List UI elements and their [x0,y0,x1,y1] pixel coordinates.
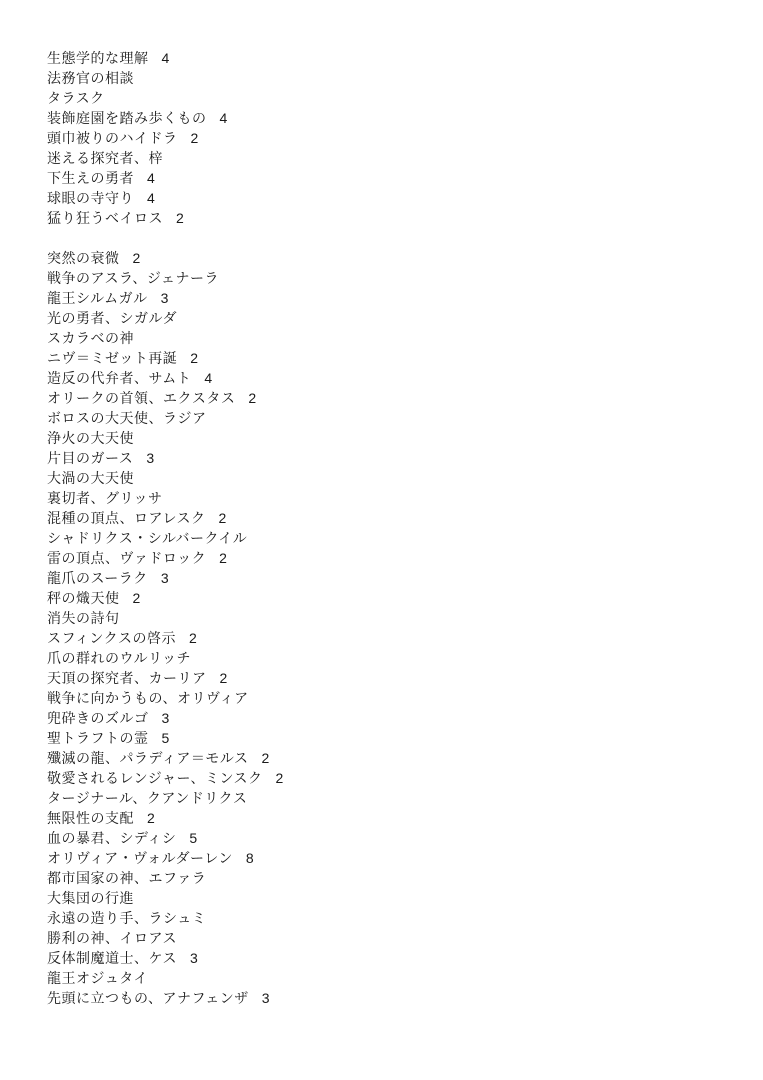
card-count: 4 [204,370,212,386]
card-count: 4 [220,110,228,126]
card-name: 法務官の相談 [47,70,134,86]
list-item: 秤の熾天使2 [47,588,743,608]
list-item: ニヴ＝ミゼット再誕2 [47,348,743,368]
card-count: 2 [133,590,141,606]
list-item: 爪の群れのウルリッチ [47,648,743,668]
list-item: スカラベの神 [47,328,743,348]
list-item: 戦争に向かうもの、オリヴィア [47,688,743,708]
card-count: 2 [176,210,184,226]
list-item: スフィンクスの啓示2 [47,628,743,648]
card-name: 下生えの勇者 [47,170,134,186]
card-count: 4 [162,50,170,66]
card-name: 殲滅の龍、パラディア＝モルス [47,750,248,766]
card-name: オリークの首領、エクスタス [47,390,235,406]
card-name: 突然の衰微 [47,250,120,266]
card-count: 3 [162,710,170,726]
list-item: 消失の詩句 [47,608,743,628]
list-item: 兜砕きのズルゴ3 [47,708,743,728]
list-item: 頭巾被りのハイドラ2 [47,128,743,148]
card-name: タラスク [47,90,105,106]
card-name: 裏切者、グリッサ [47,490,162,506]
card-list: 生態学的な理解4法務官の相談タラスク装飾庭園を踏み歩くもの4頭巾被りのハイドラ2… [47,48,743,1008]
card-name: 頭巾被りのハイドラ [47,130,178,146]
card-name: 迷える探究者、梓 [47,150,163,166]
card-name: 装飾庭園を踏み歩くもの [47,110,207,126]
list-item: 雷の頂点、ヴァドロック2 [47,548,743,568]
card-count: 4 [147,190,155,206]
card-name: 球眼の寺守り [47,190,134,206]
card-count: 2 [220,670,228,686]
card-name: 龍爪のスーラク [47,570,148,586]
list-item: 浄火の大天使 [47,428,743,448]
card-name: 血の暴君、シディシ [47,830,176,846]
list-item: オリークの首領、エクスタス2 [47,388,743,408]
card-name: 消失の詩句 [47,610,120,626]
card-count: 5 [162,730,170,746]
list-item: シャドリクス・シルバークイル [47,528,743,548]
list-item: 聖トラフトの霊5 [47,728,743,748]
card-name: 敬愛されるレンジャー、ミンスク [47,770,263,786]
list-item: 永遠の造り手、ラシュミ [47,908,743,928]
list-item: 混種の頂点、ロアレスク2 [47,508,743,528]
list-item: 球眼の寺守り4 [47,188,743,208]
list-item: 迷える探究者、梓 [47,148,743,168]
card-name: 大渦の大天使 [47,470,134,486]
list-item: タージナール、クアンドリクス [47,788,743,808]
list-item: 龍王オジュタイ [47,968,743,988]
list-item: 天頂の探究者、カーリア2 [47,668,743,688]
card-name: 片目のガース [47,450,133,466]
list-item: 法務官の相談 [47,68,743,88]
list-item: タラスク [47,88,743,108]
card-name: 造反の代弁者、サムト [47,370,191,386]
card-count: 3 [146,450,154,466]
card-count: 3 [161,290,169,306]
card-name: 兜砕きのズルゴ [47,710,149,726]
list-item: 大渦の大天使 [47,468,743,488]
list-item: 猛り狂うベイロス2 [47,208,743,228]
card-name: 龍王シルムガル [47,290,148,306]
card-name: 生態学的な理解 [47,50,149,66]
list-item: 龍王シルムガル3 [47,288,743,308]
card-name: 都市国家の神、エファラ [47,870,206,886]
card-group: 生態学的な理解4法務官の相談タラスク装飾庭園を踏み歩くもの4頭巾被りのハイドラ2… [47,48,743,228]
card-name: 猛り狂うベイロス [47,210,163,226]
list-item: 無限性の支配2 [47,808,743,828]
list-item: 先頭に立つもの、アナフェンザ3 [47,988,743,1008]
list-item: 戦争のアスラ、ジェナーラ [47,268,743,288]
list-item: 光の勇者、シガルダ [47,308,743,328]
card-count: 2 [133,250,141,266]
card-count: 3 [262,990,270,1006]
card-name: スカラベの神 [47,330,134,346]
card-name: タージナール、クアンドリクス [47,790,247,806]
list-item: 造反の代弁者、サムト4 [47,368,743,388]
card-name: 戦争に向かうもの、オリヴィア [47,690,249,706]
card-name: ボロスの大天使、ラジア [47,410,207,426]
list-item: 突然の衰微2 [47,248,743,268]
card-count: 3 [190,950,198,966]
list-item: 裏切者、グリッサ [47,488,743,508]
card-name: シャドリクス・シルバークイル [47,530,247,546]
card-name: 爪の群れのウルリッチ [47,650,191,666]
card-count: 2 [219,510,227,526]
list-item: 血の暴君、シディシ5 [47,828,743,848]
list-item: オリヴィア・ヴォルダーレン8 [47,848,743,868]
card-count: 2 [189,630,197,646]
card-count: 2 [276,770,284,786]
list-item: 反体制魔道士、ケス3 [47,948,743,968]
list-item: 生態学的な理解4 [47,48,743,68]
card-name: 先頭に立つもの、アナフェンザ [47,990,249,1006]
list-item: 殲滅の龍、パラディア＝モルス2 [47,748,743,768]
card-group: 突然の衰微2戦争のアスラ、ジェナーラ龍王シルムガル3光の勇者、シガルダスカラベの… [47,248,743,1008]
list-item: ボロスの大天使、ラジア [47,408,743,428]
card-name: 龍王オジュタイ [47,970,148,986]
list-item: 片目のガース3 [47,448,743,468]
card-count: 4 [147,170,155,186]
list-item: 下生えの勇者4 [47,168,743,188]
card-name: オリヴィア・ヴォルダーレン [47,850,233,866]
card-name: ニヴ＝ミゼット再誕 [47,350,177,366]
card-name: 反体制魔道士、ケス [47,950,177,966]
card-name: 秤の熾天使 [47,590,120,606]
card-name: 大集団の行進 [47,890,134,906]
list-item: 敬愛されるレンジャー、ミンスク2 [47,768,743,788]
card-count: 2 [191,130,199,146]
list-item: 都市国家の神、エファラ [47,868,743,888]
list-item: 勝利の神、イロアス [47,928,743,948]
list-item: 龍爪のスーラク3 [47,568,743,588]
card-name: 戦争のアスラ、ジェナーラ [47,270,219,286]
card-name: 混種の頂点、ロアレスク [47,510,206,526]
card-name: 浄火の大天使 [47,430,134,446]
card-count: 2 [147,810,155,826]
list-item: 大集団の行進 [47,888,743,908]
card-name: 雷の頂点、ヴァドロック [47,550,206,566]
card-name: 永遠の造り手、ラシュミ [47,910,206,926]
card-name: 勝利の神、イロアス [47,930,177,946]
card-name: スフィンクスの啓示 [47,630,176,646]
list-item: 装飾庭園を踏み歩くもの4 [47,108,743,128]
card-count: 2 [219,550,227,566]
card-count: 2 [248,390,256,406]
card-list-document: 生態学的な理解4法務官の相談タラスク装飾庭園を踏み歩くもの4頭巾被りのハイドラ2… [0,0,763,1080]
card-count: 2 [261,750,269,766]
card-name: 聖トラフトの霊 [47,730,149,746]
card-count: 2 [190,350,198,366]
card-name: 光の勇者、シガルダ [47,310,177,326]
card-name: 無限性の支配 [47,810,134,826]
card-name: 天頂の探究者、カーリア [47,670,207,686]
card-count: 8 [246,850,254,866]
card-count: 5 [189,830,197,846]
card-count: 3 [161,570,169,586]
